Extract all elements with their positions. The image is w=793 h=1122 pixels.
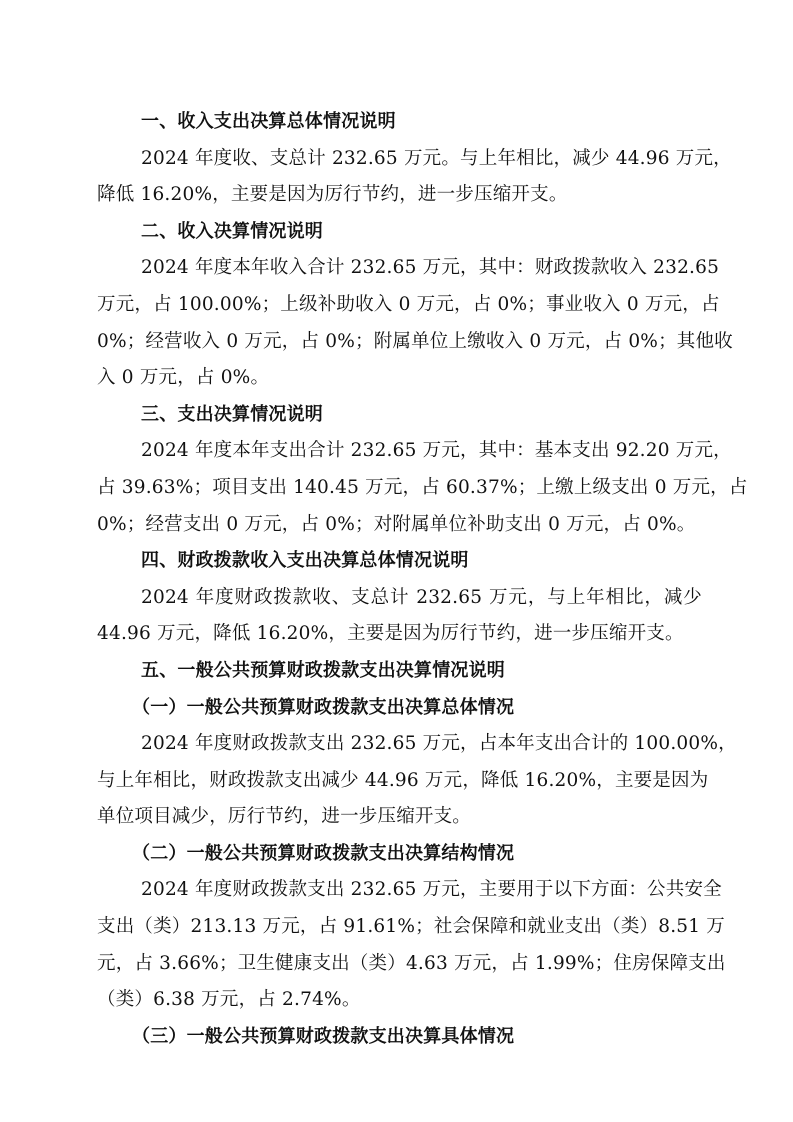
paragraph-line: 2024 年度财政拨款支出 232.65 万元，占本年支出合计的 100.00%… <box>97 726 702 763</box>
subsection-heading-5-2: （二）一般公共预算财政拨款支出决算结构情况 <box>97 836 702 873</box>
paragraph-line: 0%；经营支出 0 万元，占 0%；对附属单位补助支出 0 万元，占 0%。 <box>97 507 702 544</box>
paragraph-line: 降低 16.20%，主要是因为厉行节约，进一步压缩开支。 <box>97 177 702 214</box>
paragraph-line: 2024 年度财政拨款收、支总计 232.65 万元，与上年相比，减少 <box>97 580 702 617</box>
paragraph-line: 44.96 万元，降低 16.20%，主要是因为厉行节约，进一步压缩开支。 <box>97 616 702 653</box>
subsection-heading-5-1: （一）一般公共预算财政拨款支出决算总体情况 <box>97 690 702 727</box>
paragraph-line: 支出（类）213.13 万元，占 91.61%；社会保障和就业支出（类）8.51… <box>97 909 702 946</box>
paragraph-line: 与上年相比，财政拨款支出减少 44.96 万元，降低 16.20%，主要是因为 <box>97 763 702 800</box>
section-heading-5: 五、一般公共预算财政拨款支出决算情况说明 <box>97 653 702 690</box>
paragraph-line: （类）6.38 万元，占 2.74%。 <box>97 982 702 1019</box>
section-heading-4: 四、财政拨款收入支出决算总体情况说明 <box>97 543 702 580</box>
paragraph-line: 入 0 万元，占 0%。 <box>97 360 702 397</box>
section-heading-2: 二、收入决算情况说明 <box>97 214 702 251</box>
section-heading-1: 一、收入支出决算总体情况说明 <box>97 104 702 141</box>
subsection-heading-5-3: （三）一般公共预算财政拨款支出决算具体情况 <box>97 1019 702 1056</box>
paragraph-line: 2024 年度本年支出合计 232.65 万元，其中：基本支出 92.20 万元… <box>97 433 702 470</box>
paragraph-line: 2024 年度收、支总计 232.65 万元。与上年相比，减少 44.96 万元… <box>97 141 702 178</box>
document-page: 一、收入支出决算总体情况说明 2024 年度收、支总计 232.65 万元。与上… <box>97 104 702 1055</box>
paragraph-line: 2024 年度本年收入合计 232.65 万元，其中：财政拨款收入 232.65 <box>97 250 702 287</box>
paragraph-line: 0%；经营收入 0 万元，占 0%；附属单位上缴收入 0 万元，占 0%；其他收 <box>97 324 702 361</box>
paragraph-line: 2024 年度财政拨款支出 232.65 万元，主要用于以下方面：公共安全 <box>97 872 702 909</box>
paragraph-line: 万元，占 100.00%；上级补助收入 0 万元，占 0%；事业收入 0 万元，… <box>97 287 702 324</box>
section-heading-3: 三、支出决算情况说明 <box>97 397 702 434</box>
paragraph-line: 元，占 3.66%；卫生健康支出（类）4.63 万元，占 1.99%；住房保障支… <box>97 946 702 983</box>
paragraph-line: 占 39.63%；项目支出 140.45 万元，占 60.37%；上缴上级支出 … <box>97 470 702 507</box>
paragraph-line: 单位项目减少，厉行节约，进一步压缩开支。 <box>97 799 702 836</box>
